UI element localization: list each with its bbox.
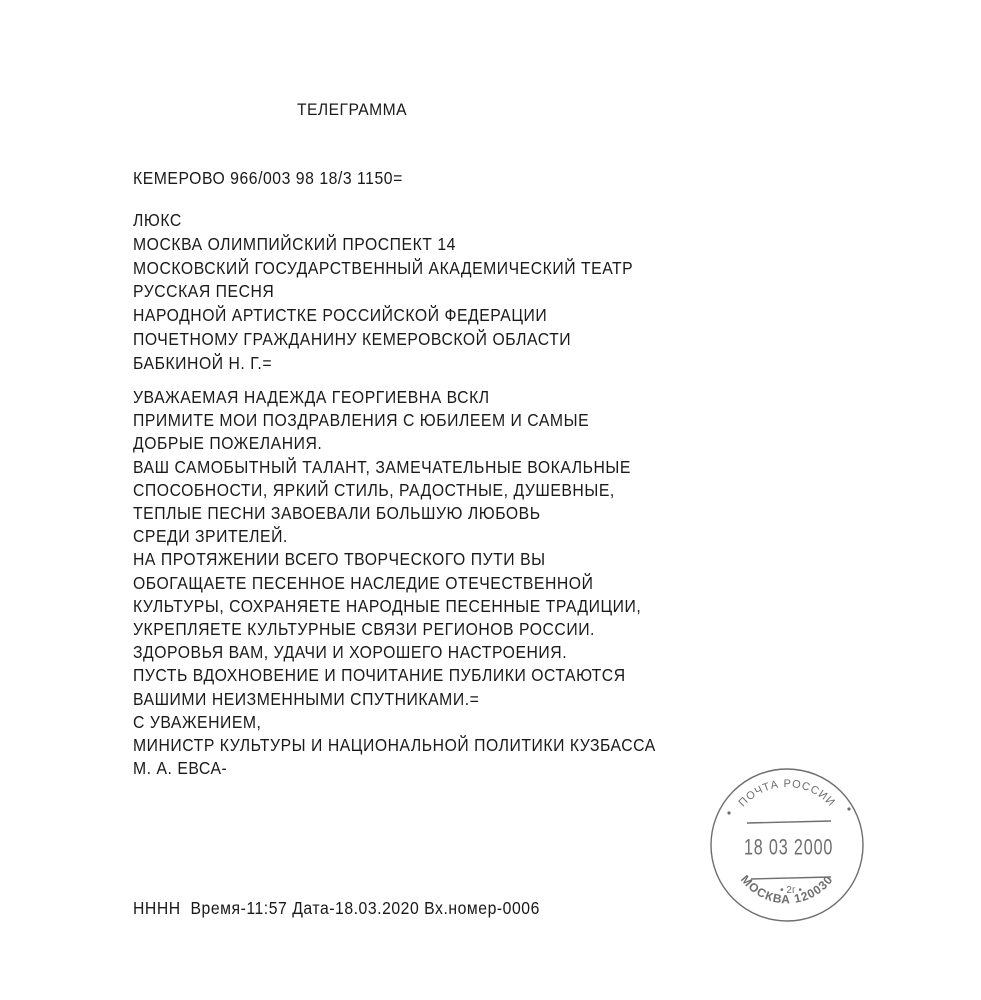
- text-line: ПОЧЕТНОМУ ГРАЖДАНИНУ КЕМЕРОВСКОЙ ОБЛАСТИ: [133, 329, 571, 349]
- text-line: ЛЮКС: [133, 210, 182, 230]
- stamp-date: 18 03 2000: [744, 837, 833, 861]
- telegram-footer: НННН Время-11:57 Дата-18.03.2020 Вх.номе…: [133, 898, 540, 918]
- text-line: КУЛЬТУРЫ, СОХРАНЯЕТЕ НАРОДНЫЕ ПЕСЕННЫЕ Т…: [133, 596, 641, 616]
- text-line: ТЕПЛЫЕ ПЕСНИ ЗАВОЕВАЛИ БОЛЬШУЮ ЛЮБОВЬ: [133, 503, 541, 523]
- text-line: ВАШ САМОБЫТНЫЙ ТАЛАНТ, ЗАМЕЧАТЕЛЬНЫЕ ВОК…: [133, 457, 631, 477]
- text-line: УВАЖАЕМАЯ НАДЕЖДА ГЕОРГИЕВНА ВСКЛ: [133, 387, 490, 407]
- text-line: РУССКАЯ ПЕСНЯ: [133, 281, 274, 301]
- text-line: НАРОДНОЙ АРТИСТКЕ РОССИЙСКОЙ ФЕДЕРАЦИИ: [133, 305, 547, 325]
- text-line: ПРИМИТЕ МОИ ПОЗДРАВЛЕНИЯ С ЮБИЛЕЕМ И САМ…: [133, 410, 589, 430]
- stamp-top-text: ПОЧТА РОССИИ: [737, 778, 838, 809]
- text-line: БАБКИНОЙ Н. Г.=: [133, 353, 272, 373]
- text-line: МОСКВА ОЛИМПИЙСКИЙ ПРОСПЕКТ 14: [133, 234, 456, 254]
- text-line: УКРЕПЛЯЕТЕ КУЛЬТУРНЫЕ СВЯЗИ РЕГИОНОВ РОС…: [133, 619, 595, 639]
- text-line: СПОСОБНОСТИ, ЯРКИЙ СТИЛЬ, РАДОСТНЫЕ, ДУШ…: [133, 480, 615, 500]
- text-line: ВАШИМИ НЕИЗМЕННЫМИ СПУТНИКАМИ.=: [133, 689, 479, 709]
- text-line: МИНИСТР КУЛЬТУРЫ И НАЦИОНАЛЬНОЙ ПОЛИТИКИ…: [133, 735, 656, 755]
- telegram-document: ТЕЛЕГРАММА КЕМЕРОВО 966/003 98 18/3 1150…: [0, 0, 981, 1000]
- document-title: ТЕЛЕГРАММА: [297, 100, 407, 120]
- text-line: МОСКОВСКИЙ ГОСУДАРСТВЕННЫЙ АКАДЕМИЧЕСКИЙ…: [133, 258, 633, 278]
- text-line: ЗДОРОВЬЯ ВАМ, УДАЧИ И ХОРОШЕГО НАСТРОЕНИ…: [133, 642, 567, 662]
- text-line: ДОБРЫЕ ПОЖЕЛАНИЯ.: [133, 433, 322, 453]
- postal-stamp: ПОЧТА РОССИИ 18 03 2000 • 2г • МОСКВА 12…: [707, 765, 867, 925]
- text-line: СРЕДИ ЗРИТЕЛЕЙ.: [133, 526, 288, 546]
- text-line: М. А. ЕВСА-: [133, 758, 227, 778]
- text-line: ПУСТЬ ВДОХНОВЕНИЕ И ПОЧИТАНИЕ ПУБЛИКИ ОС…: [133, 665, 626, 685]
- text-line: НА ПРОТЯЖЕНИИ ВСЕГО ТВОРЧЕСКОГО ПУТИ ВЫ: [133, 549, 546, 569]
- text-line: С УВАЖЕНИЕМ,: [133, 712, 261, 732]
- text-line: ОБОГАЩАЕТЕ ПЕСЕННОЕ НАСЛЕДИЕ ОТЕЧЕСТВЕНН…: [133, 573, 593, 593]
- telegram-header: КЕМЕРОВО 966/003 98 18/3 1150=: [133, 168, 403, 188]
